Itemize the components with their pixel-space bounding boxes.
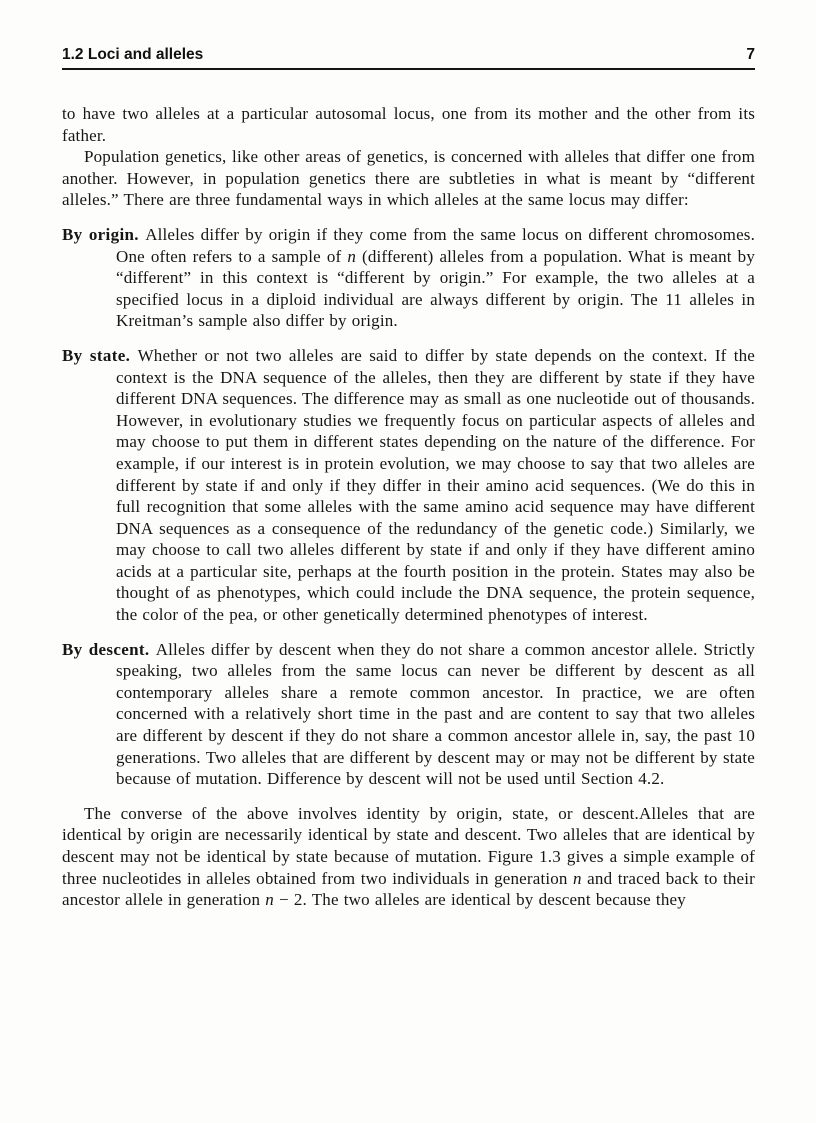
section-title: 1.2 Loci and alleles (62, 46, 203, 64)
paragraph-bold-lead: By state. (62, 346, 138, 365)
running-header: 1.2 Loci and alleles 7 (62, 46, 755, 70)
paragraph-bold-lead: By descent. (62, 640, 156, 659)
text-run: Population genetics, like other areas of… (62, 147, 755, 209)
page-number: 7 (746, 46, 755, 64)
text-run: − 2. The two alleles are identical by de… (274, 890, 686, 909)
text-run: to have two alleles at a particular auto… (62, 104, 755, 145)
page-body: to have two alleles at a particular auto… (62, 103, 755, 911)
paragraph: The converse of the above involves ident… (62, 803, 755, 911)
math-variable: n (265, 890, 274, 909)
paragraph: By descent. Alleles differ by descent wh… (62, 639, 755, 790)
text-run: Whether or not two alleles are said to d… (116, 346, 755, 624)
text-run: Alleles differ by descent when they do n… (116, 640, 755, 789)
book-page: 1.2 Loci and alleles 7 to have two allel… (0, 0, 816, 1123)
math-variable: n (573, 869, 582, 888)
math-variable: n (347, 247, 356, 266)
paragraph-bold-lead: By origin. (62, 225, 145, 244)
paragraph: By state. Whether or not two alleles are… (62, 345, 755, 626)
paragraph: to have two alleles at a particular auto… (62, 103, 755, 146)
paragraph: By origin. Alleles differ by origin if t… (62, 224, 755, 332)
paragraph: Population genetics, like other areas of… (62, 146, 755, 211)
